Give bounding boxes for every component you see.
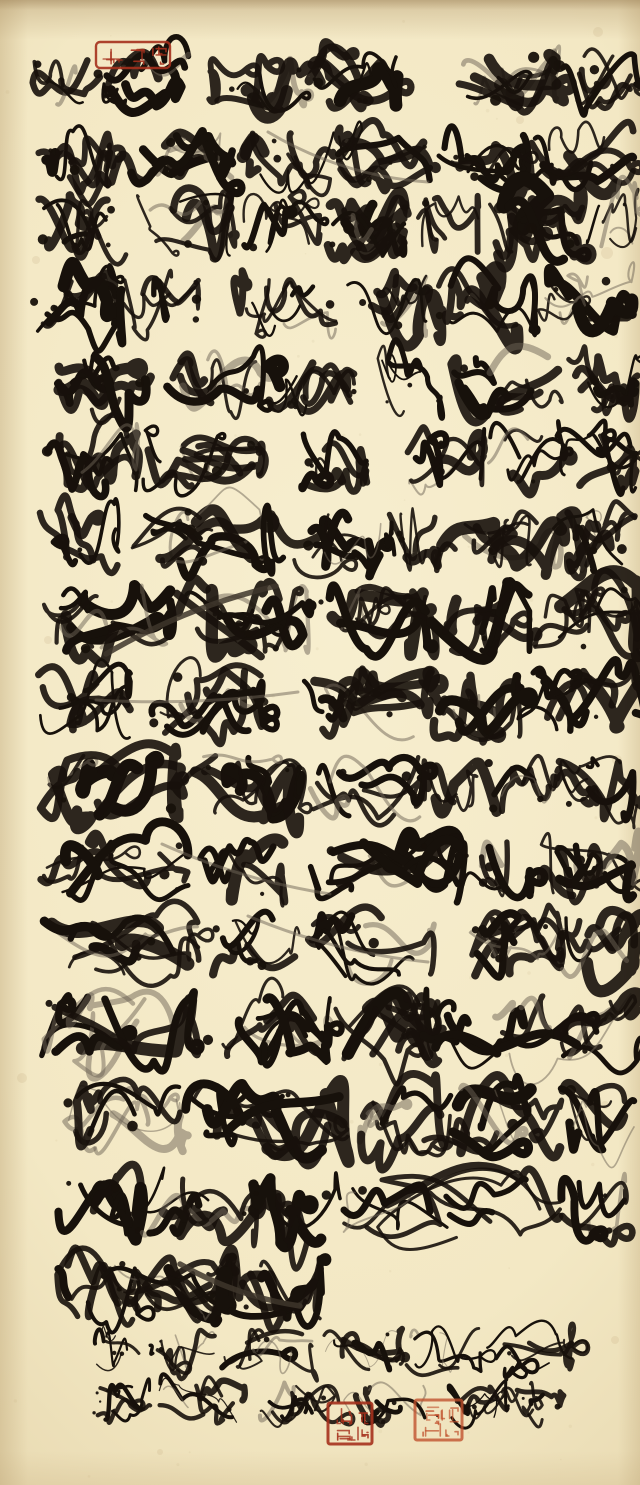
- brush-cluster: [432, 504, 578, 578]
- brush-cluster: [559, 1171, 635, 1246]
- calligraphy-row-6: [41, 415, 640, 500]
- brush-cluster: [502, 1382, 564, 1427]
- brush-cluster: [310, 824, 466, 903]
- brush-cluster: [300, 42, 411, 108]
- brush-cluster: [461, 840, 546, 901]
- calligraphy-row-7: [39, 486, 638, 580]
- brush-cluster: [310, 756, 435, 826]
- brush-cluster: [561, 1083, 634, 1168]
- calligraphy-row-14: [63, 1073, 634, 1172]
- brush-cluster: [347, 272, 427, 347]
- brush-cluster: [43, 900, 214, 990]
- brush-cluster: [423, 759, 497, 814]
- brush-cluster: [486, 1319, 589, 1380]
- brush-cluster: [175, 578, 314, 659]
- brush-cluster: [451, 345, 562, 422]
- brush-cluster: [41, 415, 139, 498]
- brush-cluster: [537, 262, 636, 333]
- brush-cluster: [202, 975, 345, 1070]
- brush-cluster: [260, 1382, 355, 1429]
- brush-cluster: [209, 54, 313, 119]
- brush-cluster: [300, 431, 367, 493]
- brush-cluster: [199, 838, 286, 906]
- brush-cluster: [438, 124, 538, 198]
- calligraphy-row-8: [44, 569, 640, 675]
- brush-cluster: [531, 122, 640, 195]
- brush-cluster: [344, 1164, 561, 1252]
- brush-cluster: [318, 581, 437, 662]
- brush-cluster: [33, 60, 103, 104]
- brush-cluster: [555, 909, 640, 993]
- brush-cluster: [149, 1328, 215, 1380]
- brush-cluster: [91, 1379, 152, 1424]
- brush-cluster: [242, 131, 334, 196]
- brush-cluster: [136, 187, 238, 260]
- brush-cluster: [233, 271, 337, 339]
- brush-cluster: [41, 822, 189, 901]
- calligraphy-scroll: [0, 0, 640, 1485]
- brush-cluster: [458, 45, 573, 114]
- brush-cluster: [539, 827, 640, 905]
- brush-cluster: [36, 194, 126, 267]
- brush-cluster: [406, 427, 487, 497]
- brush-cluster: [111, 129, 243, 193]
- brush-cluster: [327, 189, 408, 263]
- calligraphy-row-4: [29, 254, 636, 353]
- brush-cluster: [141, 1167, 259, 1246]
- calligraphy-row-13: [41, 975, 640, 1086]
- brush-cluster: [487, 177, 594, 271]
- brush-cluster: [434, 1376, 510, 1430]
- brush-cluster: [29, 262, 125, 353]
- brush-cluster: [385, 507, 438, 572]
- brush-cluster: [359, 1073, 451, 1172]
- calligraphy-row-3: [36, 176, 640, 271]
- calligraphy-row-15: [58, 1162, 635, 1269]
- calligraphy-row-5: [56, 339, 640, 429]
- brush-cluster: [304, 668, 444, 740]
- calligraphy-row-12: [43, 900, 640, 993]
- brush-cluster: [324, 1328, 408, 1371]
- brush-cluster: [418, 195, 479, 252]
- brush-cluster: [63, 1078, 188, 1155]
- calligraphy-row-10: [38, 742, 640, 833]
- brush-cluster: [103, 36, 189, 114]
- brush-cluster: [182, 751, 314, 833]
- brush-cluster: [429, 578, 539, 662]
- calligraphy-artwork: [0, 0, 640, 1485]
- brush-cluster: [308, 905, 436, 985]
- calligraphy-row-16: [56, 1244, 329, 1336]
- brush-cluster: [58, 1162, 144, 1239]
- brush-cluster: [39, 493, 122, 577]
- brush-cluster: [166, 344, 273, 420]
- brush-cluster: [495, 993, 640, 1086]
- brush-cluster: [222, 1329, 317, 1381]
- brush-cluster: [142, 426, 267, 500]
- brush-cluster: [563, 49, 640, 115]
- brush-cluster: [159, 1374, 245, 1423]
- brush-cluster: [469, 904, 569, 978]
- brush-cluster: [268, 359, 357, 416]
- brush-cluster: [404, 1323, 496, 1376]
- brush-cluster: [567, 346, 640, 419]
- calligraphy-row-11: [41, 822, 640, 906]
- brush-cluster: [553, 755, 640, 831]
- brush-cluster: [41, 988, 202, 1082]
- brush-cluster: [261, 505, 392, 580]
- brush-cluster: [38, 659, 131, 739]
- brush-cluster: [494, 755, 559, 811]
- brush-cluster: [184, 1076, 351, 1166]
- brush-cluster: [532, 569, 640, 675]
- signature-row-17: [94, 1319, 589, 1382]
- brush-cluster: [39, 126, 124, 205]
- brush-cluster: [243, 190, 328, 252]
- brush-cluster: [38, 742, 186, 830]
- brush-cluster: [120, 270, 202, 344]
- calligraphy-row-1: [33, 36, 640, 120]
- brush-cluster: [427, 254, 538, 353]
- brush-cluster: [131, 486, 276, 578]
- calligraphy-row-9: [38, 654, 640, 747]
